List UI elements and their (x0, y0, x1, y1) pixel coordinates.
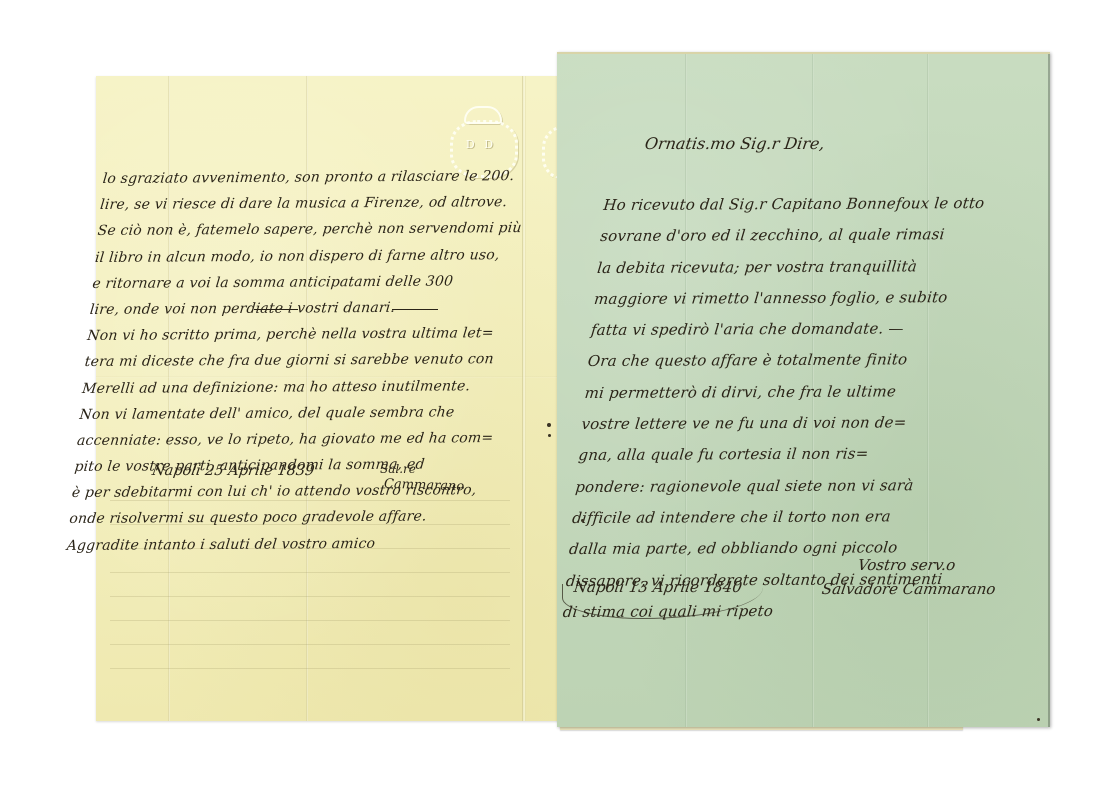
letter-line: tera mi diceste che fra due giorni si sa… (83, 346, 510, 375)
letter-line: maggiore vi rimetto l'annesso foglio, e … (592, 282, 976, 315)
right-letter-date: Napoli 13 Aprile 1840 (573, 578, 743, 596)
letter-line: pondere: ragionevole qual siete non vi s… (574, 470, 958, 503)
right-letter-signature: Salvadore Cammarano (821, 580, 997, 598)
letter-line: accenniate: esso, ve lo ripeto, ha giova… (76, 425, 503, 454)
left-letter-signature: Cammarano (384, 477, 465, 495)
letter-line: lo sgraziato avvenimento, son pronto a r… (101, 163, 528, 192)
ink-spot (1037, 718, 1040, 721)
letter-line: Se ciò non è, fatemelo sapere, perchè no… (96, 215, 523, 244)
letter-line: gna, alla quale fu cortesia il non ris= (577, 438, 961, 471)
left-letter-body: lo sgraziato avvenimento, son pronto a r… (65, 163, 528, 559)
underline-mark (254, 309, 298, 310)
seal-monogram: D D (446, 138, 516, 151)
letter-line: lire, se vi riesce di dare la musica a F… (99, 189, 526, 218)
letter-line: fatta vi spedirò l'aria che domandate. — (589, 313, 973, 346)
letter-line: vostre lettere ve ne fu una di voi non d… (580, 407, 964, 440)
show-through-text (110, 596, 510, 597)
underline-mark (392, 309, 438, 310)
ink-spot (548, 434, 551, 437)
left-letter-date: Napoli 25 Aprile 1839 (151, 463, 316, 479)
show-through-text (110, 620, 510, 621)
letter-line: sovrane d'oro ed il zecchino, al quale r… (599, 219, 983, 252)
show-through-text (110, 572, 510, 573)
letter-line: Ho ricevuto dal Sig.r Capitano Bonnefoux… (602, 188, 986, 221)
show-through-text (110, 668, 510, 669)
letter-line: Ora che questo affare è totalmente finit… (586, 344, 970, 377)
left-letter-signature-abbr: Sal.re (380, 462, 416, 476)
ink-spot (581, 519, 584, 522)
letter-line: Non vi ho scritto prima, perchè nella vo… (86, 320, 513, 349)
letter-line: Non vi lamentate dell' amico, del quale … (78, 399, 505, 428)
show-through-text (110, 644, 510, 645)
letter-line: mi permetterò di dirvi, che fra le ultim… (583, 376, 967, 409)
letter-line: la debita ricevuta; per vostra tranquill… (596, 251, 980, 284)
right-letter-closing: Vostro serv.o (857, 556, 957, 574)
letter-line: il libro in alcun modo, io non dispero d… (94, 242, 521, 271)
right-letter-greeting: Ornatis.mo Sig.r Dire, (644, 134, 826, 153)
ink-spot (547, 423, 551, 427)
letter-line: Aggradite intanto i saluti del vostro am… (65, 530, 492, 559)
letter-line: difficile ad intendere che il torto non … (571, 501, 955, 534)
letter-line: Merelli ad una definizione: ma ho atteso… (81, 373, 508, 402)
letter-line: e ritornare a voi la somma anticipatami … (91, 268, 518, 297)
letter-line: lire, onde voi non perdiate i vostri dan… (89, 294, 516, 323)
letter-line: onde risolvermi su questo poco gradevole… (68, 503, 495, 532)
